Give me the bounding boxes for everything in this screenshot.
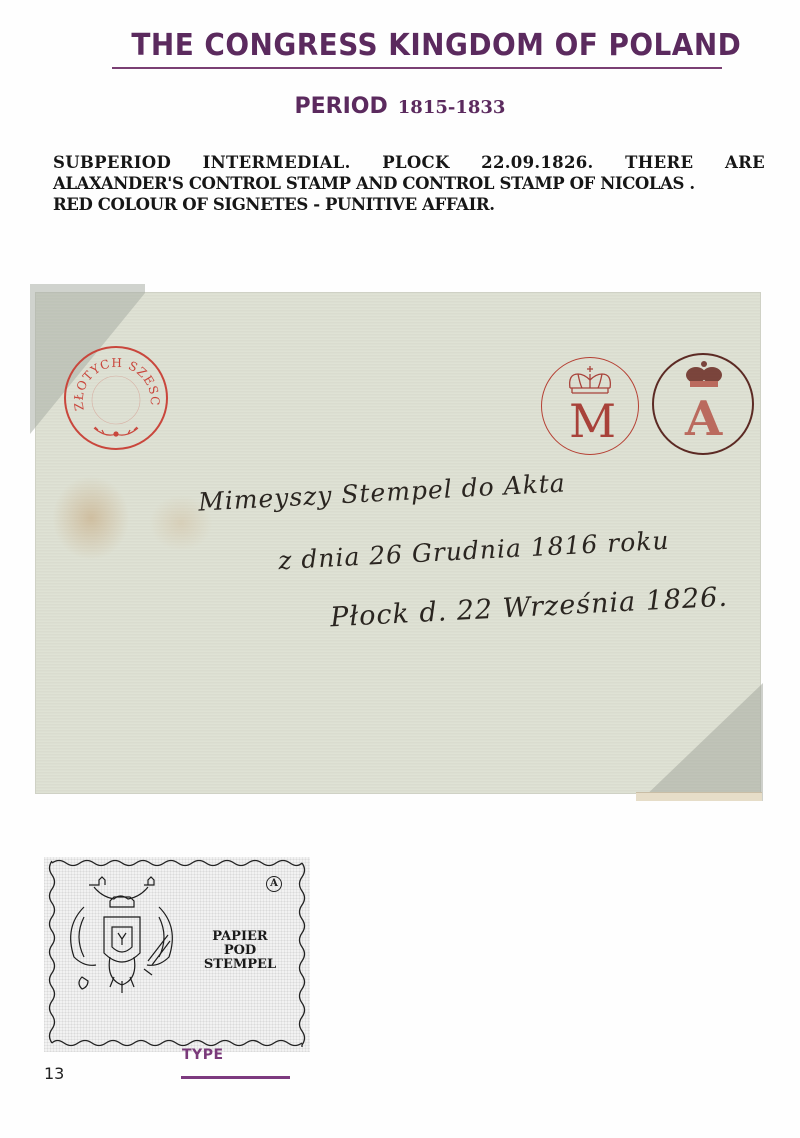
svg-text:ZŁOTYCH SZESC: ZŁOTYCH SZESC — [72, 356, 162, 412]
description-line-3: RED COLOUR OF SIGNETES - PUNITIVE AFFAIR… — [53, 194, 765, 215]
period-label: PERIOD — [295, 94, 388, 119]
page-title: THE CONGRESS KINGDOM OF POLAND — [131, 28, 700, 63]
stamp-letter-a: A — [685, 395, 722, 443]
nicholas-control-stamp: M — [541, 357, 639, 455]
illustration-text-line-2: POD — [190, 944, 290, 958]
period-years: 1815-1833 — [398, 97, 506, 118]
crown-icon — [564, 364, 616, 398]
crown-icon — [678, 359, 730, 393]
page-number: 13 — [44, 1064, 64, 1083]
type-caption: TYPE — [182, 1047, 224, 1063]
circular-stamp-text-icon: ZŁOTYCH SZESC — [66, 348, 166, 448]
mini-control-stamp: A — [266, 876, 282, 892]
illustration-text-line-3: STEMPEL — [190, 958, 290, 972]
period-heading: PERIOD1815-1833 — [0, 94, 800, 119]
description-line-2: ALAXANDER'S CONTROL STAMP AND CONTROL ST… — [53, 173, 765, 194]
zlotych-szesc-stamp: ZŁOTYCH SZESC — [64, 346, 168, 450]
stamp-letter-m: M — [569, 398, 616, 444]
papier-pod-stempel-text: PAPIER POD STEMPEL — [190, 930, 290, 972]
alexander-control-stamp: A — [652, 353, 754, 455]
type-underline — [181, 1076, 290, 1079]
stamp-arc-text: ZŁOTYCH SZESC — [72, 356, 162, 412]
title-underline — [112, 67, 722, 69]
description-line-1: SUBPERIOD INTERMEDIAL. PLOCK 22.09.1826.… — [53, 152, 765, 173]
illustration-text-line-1: PAPIER — [190, 930, 290, 944]
mount-hinge-strip — [636, 792, 762, 801]
double-headed-eagle-icon — [71, 877, 173, 993]
description: SUBPERIOD INTERMEDIAL. PLOCK 22.09.1826.… — [53, 152, 765, 215]
